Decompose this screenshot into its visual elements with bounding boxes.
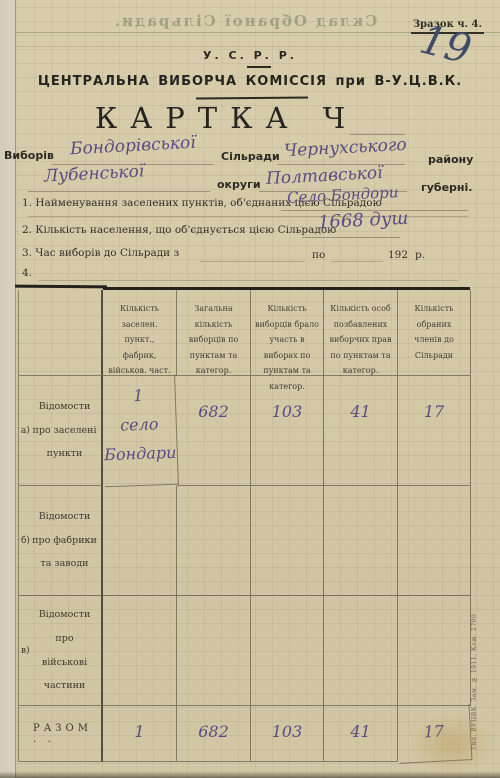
item3-year-label: 192 — [388, 249, 408, 261]
row-label-military: в) Відомости про військові частини — [19, 596, 103, 706]
blank-line — [28, 191, 210, 192]
okruhy-label: округи — [217, 178, 261, 191]
table-cell — [398, 486, 471, 596]
item4-label: 4. — [22, 267, 32, 279]
table-cell — [177, 486, 251, 596]
row-letter: б) — [21, 529, 30, 552]
total-cell: 103 — [251, 706, 324, 762]
row-label-factories: б) Відомости про фабрики та заводи — [19, 486, 103, 596]
ussr-abbreviation: У. С. Р. Р. — [0, 49, 500, 62]
handwritten-silrada-name: Бондорівської — [70, 133, 197, 160]
card-title: КАРТКА Ч — [95, 101, 358, 135]
results-table: Кількість заселен. пункт., фабрик, війсь… — [18, 290, 471, 762]
vyboriv-label: Виборів — [4, 149, 54, 162]
total-cell: 41 — [324, 706, 398, 762]
table-cell — [103, 486, 177, 596]
item2-label: 2. Кількість населення, що об'єднується … — [22, 224, 336, 236]
handwritten-population: 1668 душ — [318, 208, 409, 234]
scan-bottom-shadow — [0, 771, 500, 778]
handwritten-okruha-name: Лубенської — [44, 161, 145, 186]
paper-stain — [392, 701, 500, 778]
row-label-settlements: а) Відомости про заселені пункти — [19, 376, 103, 486]
table-cell: 103 — [251, 376, 324, 486]
total-cell: 1 — [103, 706, 177, 762]
item3-r-label: р. — [415, 249, 425, 261]
raionu-label: району — [428, 153, 473, 166]
card-number-blank — [350, 110, 405, 135]
total-row-label: РАЗОМ . . — [19, 706, 103, 762]
table-cell — [398, 596, 471, 706]
table-cell: 41 — [324, 376, 398, 486]
table-corner-cell — [19, 290, 103, 376]
silrady-label: Сільради — [221, 150, 280, 163]
item3-label: 3. Час виборів до Сільради з — [22, 247, 179, 259]
row-label-text: Відомости про фабрики та заводи — [32, 505, 97, 576]
commission-title: ЦЕНТРАЛЬНА ВИБОРЧА КОМІССІЯ при В-У.Ц.В.… — [0, 74, 500, 89]
table-cell — [251, 486, 324, 596]
col-header-total-voters: Загальна кількість виборців по пунктам т… — [177, 290, 251, 376]
row-label-text: Відомости про заселені пункти — [32, 395, 97, 466]
table-cell: 682 — [177, 376, 251, 486]
table-cell — [251, 596, 324, 706]
col-header-participated: Кількість виборців брало участь в вибора… — [251, 290, 324, 376]
table-cell — [177, 596, 251, 706]
blank-line — [38, 280, 458, 281]
bleedthrough-title: Склад Обраної Сільради. — [50, 12, 440, 30]
scanned-election-card: Склад Обраної Сільради. Зразок ч. 4. 19 … — [0, 0, 500, 778]
table-top-border — [15, 285, 107, 289]
blank-line — [331, 261, 383, 262]
divider-rule — [196, 97, 308, 100]
table-cell — [103, 596, 177, 706]
huberni-label: губерні. — [421, 181, 472, 194]
col-header-settlements: Кількість заселен. пункт., фабрик, війсь… — [103, 290, 177, 376]
card-title-row: КАРТКА Ч — [0, 101, 500, 135]
blank-line — [302, 237, 400, 238]
item3-po-label: по — [312, 249, 325, 261]
handwritten-raion-name: Чернухського — [284, 135, 408, 161]
row-letter: в) — [21, 639, 30, 662]
col-header-deprived: Кількість особ позбавлених виборчих прав… — [324, 290, 398, 376]
col-header-elected: Кількість обраних членів до Сільради — [398, 290, 471, 376]
row-letter: а) — [21, 419, 30, 442]
blank-line — [200, 261, 305, 262]
table-cell — [324, 596, 398, 706]
table-cell — [324, 486, 398, 596]
table-cell: 17 — [398, 376, 471, 486]
total-cell: 682 — [177, 706, 251, 762]
table-cell: 1 село Бондари — [101, 375, 179, 488]
divider-dash — [247, 66, 271, 68]
row-label-text: Відомости про військові частини — [32, 603, 97, 698]
